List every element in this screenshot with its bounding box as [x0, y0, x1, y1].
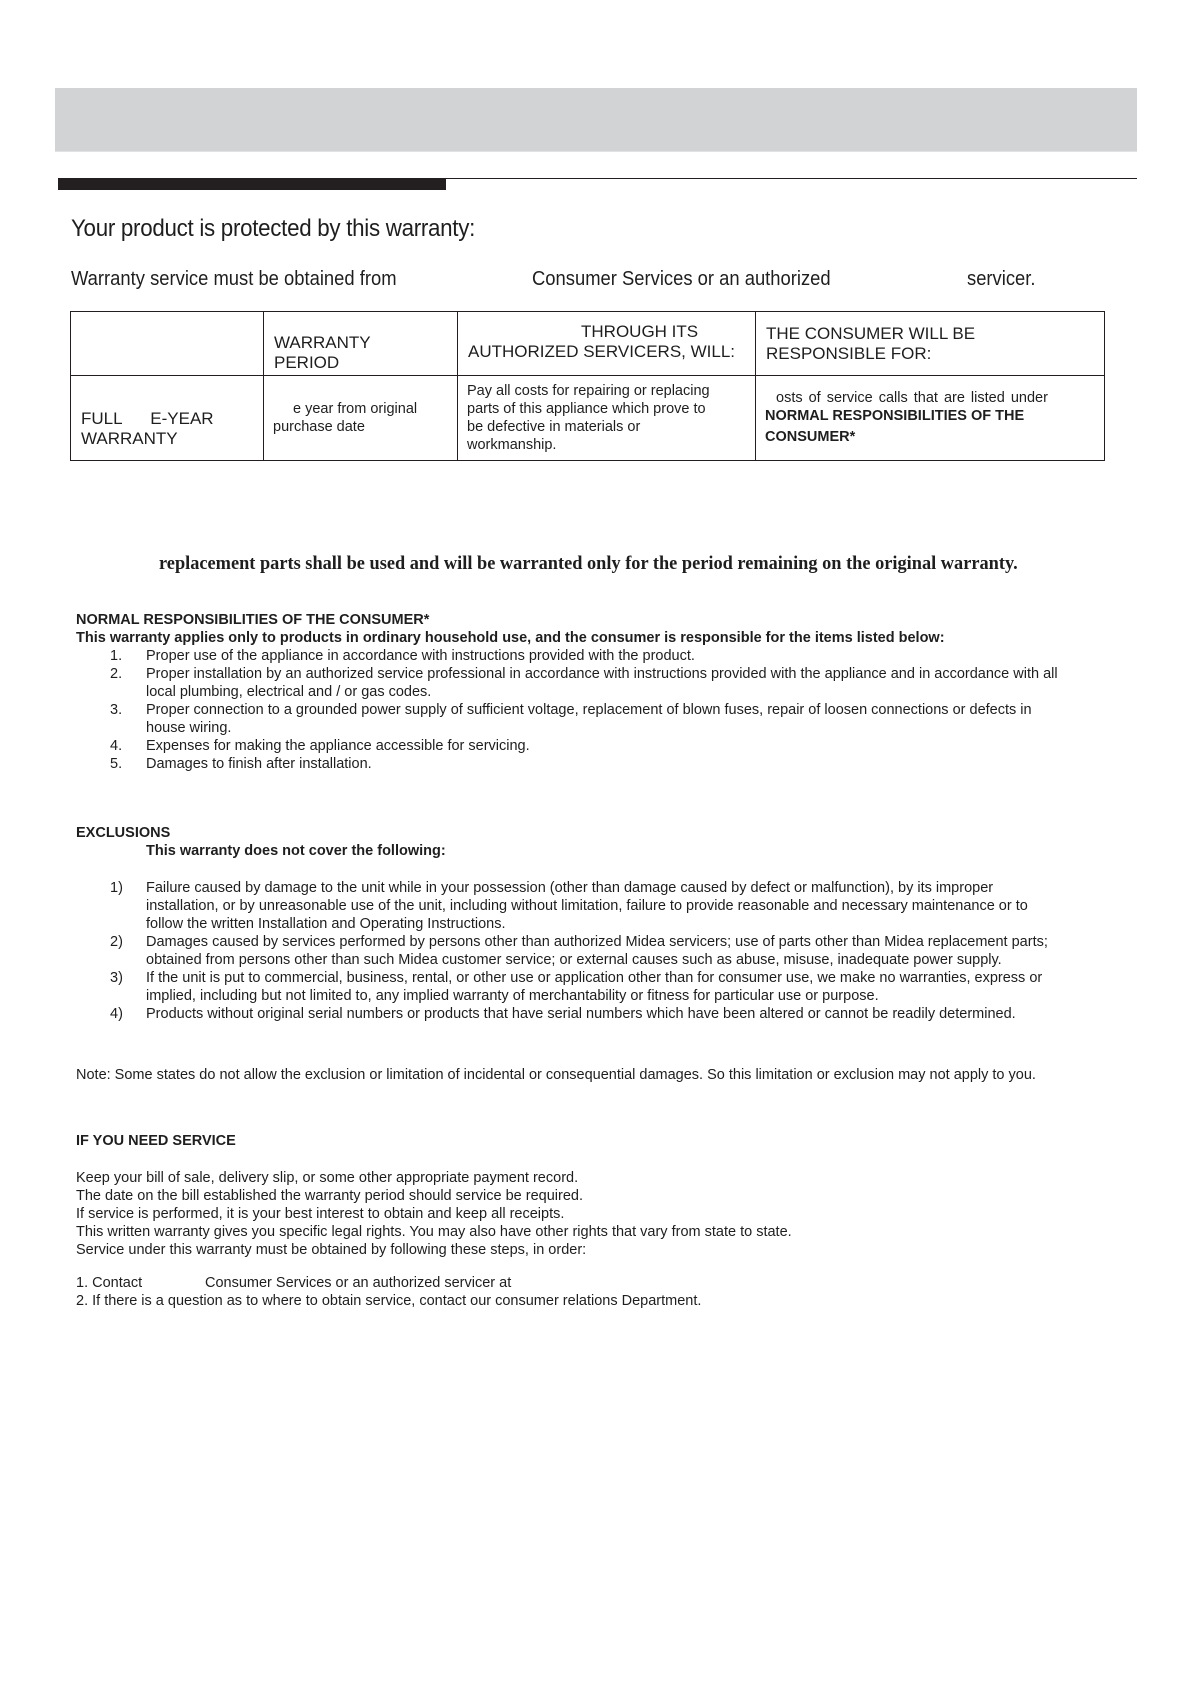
header-consumer-line1: THE CONSUMER WILL BE: [766, 324, 1095, 344]
normal-responsibilities-heading: NORMAL RESPONSIBILITIES OF THE CONSUMER*: [76, 612, 429, 628]
normal-responsibilities-intro: This warranty applies only to products i…: [76, 630, 945, 646]
exclusions-intro: This warranty does not cover the followi…: [146, 843, 446, 859]
list-item-number: 2.: [110, 665, 122, 683]
list-item-text: Proper installation by an authorized ser…: [146, 665, 1130, 683]
limitation-note: Note: Some states do not allow the exclu…: [76, 1066, 1036, 1084]
list-item-number: 4): [110, 1005, 123, 1023]
header-period-line2: PERIOD: [274, 353, 448, 373]
coverage-line3: be defective in materials or: [467, 418, 747, 436]
header-servicer-line1: THROUGH ITS: [468, 322, 746, 342]
responsibilities-list: 1.Proper use of the appliance in accorda…: [110, 647, 1130, 773]
list-item-number: 4.: [110, 737, 122, 755]
list-item-text: Damages to finish after installation.: [146, 755, 1130, 773]
list-item-number: 5.: [110, 755, 122, 773]
service-paragraph-line: Keep your bill of sale, delivery slip, o…: [76, 1169, 792, 1187]
service-line-part1: Warranty service must be obtained from: [71, 268, 397, 291]
list-item: 2)Damages caused by services performed b…: [110, 933, 1150, 969]
consumer-bold-line1: NORMAL RESPONSIBILITIES OF THE: [765, 407, 1096, 425]
list-item-number: 1): [110, 879, 123, 897]
list-item-number: 2): [110, 933, 123, 951]
list-item: 5.Damages to finish after installation.: [110, 755, 1130, 773]
header-banner: [55, 88, 1137, 152]
warranty-type-line2: WARRANTY: [81, 429, 254, 449]
exclusions-list: 1)Failure caused by damage to the unit w…: [110, 879, 1150, 1023]
cell-coverage: Pay all costs for repairing or replacing…: [458, 376, 756, 461]
list-item-text: Products without original serial numbers…: [146, 1005, 1150, 1023]
service-heading: IF YOU NEED SERVICE: [76, 1133, 236, 1149]
service-paragraph-line: If service is performed, it is your best…: [76, 1205, 792, 1223]
cell-warranty-type: FULL E-YEAR WARRANTY: [71, 376, 264, 461]
section-rule-thin: [446, 178, 1137, 179]
period-line2: purchase date: [273, 418, 449, 436]
list-item-text: follow the written Installation and Oper…: [146, 915, 1150, 933]
list-item-text: obtained from persons other than such Mi…: [146, 951, 1150, 969]
list-item-text: Proper use of the appliance in accordanc…: [146, 647, 1130, 665]
consumer-bold-line2: CONSUMER*: [765, 428, 1096, 446]
service-paragraph: Keep your bill of sale, delivery slip, o…: [76, 1169, 792, 1259]
service-paragraph-line: This written warranty gives you specific…: [76, 1223, 792, 1241]
list-item-text: Damages caused by services performed by …: [146, 933, 1150, 951]
list-item-number: 3.: [110, 701, 122, 719]
section-rule-thick: [58, 178, 446, 190]
list-item: 1.Proper use of the appliance in accorda…: [110, 647, 1130, 665]
service-line-part3: servicer.: [967, 268, 1036, 291]
exclusions-heading: EXCLUSIONS: [76, 825, 170, 841]
service-step1-prefix: 1. Contact: [76, 1274, 142, 1292]
list-item-number: 3): [110, 969, 123, 987]
coverage-line1: Pay all costs for repairing or replacing: [467, 382, 747, 400]
list-item-text: implied, including but not limited to, a…: [146, 987, 1150, 1005]
service-line-part2: Consumer Services or an authorized: [532, 268, 831, 291]
list-item: 4)Products without original serial numbe…: [110, 1005, 1150, 1023]
list-item-text: If the unit is put to commercial, busine…: [146, 969, 1150, 987]
table-row: FULL E-YEAR WARRANTY e year from origina…: [71, 376, 1105, 461]
warranty-table: WARRANTY PERIOD THROUGH ITS AUTHORIZED S…: [70, 311, 1105, 461]
header-period-line1: WARRANTY: [274, 333, 448, 353]
coverage-line4: workmanship.: [467, 436, 747, 454]
service-paragraph-line: Service under this warranty must be obta…: [76, 1241, 792, 1259]
list-item-text: local plumbing, electrical and / or gas …: [146, 683, 1130, 701]
header-consumer-line2: RESPONSIBLE FOR:: [766, 344, 1095, 364]
header-cell-servicer: THROUGH ITS AUTHORIZED SERVICERS, WILL:: [458, 312, 756, 376]
list-item-text: house wiring.: [146, 719, 1130, 737]
consumer-line1: osts of service calls that are listed un…: [765, 389, 1096, 407]
list-item-text: Failure caused by damage to the unit whi…: [146, 879, 1150, 897]
list-item: 2.Proper installation by an authorized s…: [110, 665, 1130, 701]
warranty-title: Your product is protected by this warran…: [71, 215, 475, 243]
list-item-number: 1.: [110, 647, 122, 665]
table-header-row: WARRANTY PERIOD THROUGH ITS AUTHORIZED S…: [71, 312, 1105, 376]
list-item-text: installation, or by unreasonable use of …: [146, 897, 1150, 915]
service-paragraph-line: The date on the bill established the war…: [76, 1187, 792, 1205]
period-line1: e year from original: [273, 400, 449, 418]
header-servicer-line2: AUTHORIZED SERVICERS, WILL:: [468, 342, 746, 362]
warranty-type-line1: FULL E-YEAR: [81, 409, 254, 429]
list-item: 4.Expenses for making the appliance acce…: [110, 737, 1130, 755]
list-item: 1)Failure caused by damage to the unit w…: [110, 879, 1150, 933]
coverage-line2: parts of this appliance which prove to: [467, 400, 747, 418]
cell-warranty-period: e year from original purchase date: [264, 376, 458, 461]
service-step1-text: Consumer Services or an authorized servi…: [205, 1274, 511, 1292]
header-cell-period: WARRANTY PERIOD: [264, 312, 458, 376]
service-step2: 2. If there is a question as to where to…: [76, 1292, 701, 1310]
list-item: 3)If the unit is put to commercial, busi…: [110, 969, 1150, 1005]
list-item: 3.Proper connection to a grounded power …: [110, 701, 1130, 737]
list-item-text: Proper connection to a grounded power su…: [146, 701, 1130, 719]
cell-consumer-responsibility: osts of service calls that are listed un…: [756, 376, 1105, 461]
header-cell-empty: [71, 312, 264, 376]
list-item-text: Expenses for making the appliance access…: [146, 737, 1130, 755]
replacement-parts-note: replacement parts shall be used and will…: [159, 553, 1018, 575]
header-cell-consumer: THE CONSUMER WILL BE RESPONSIBLE FOR:: [756, 312, 1105, 376]
